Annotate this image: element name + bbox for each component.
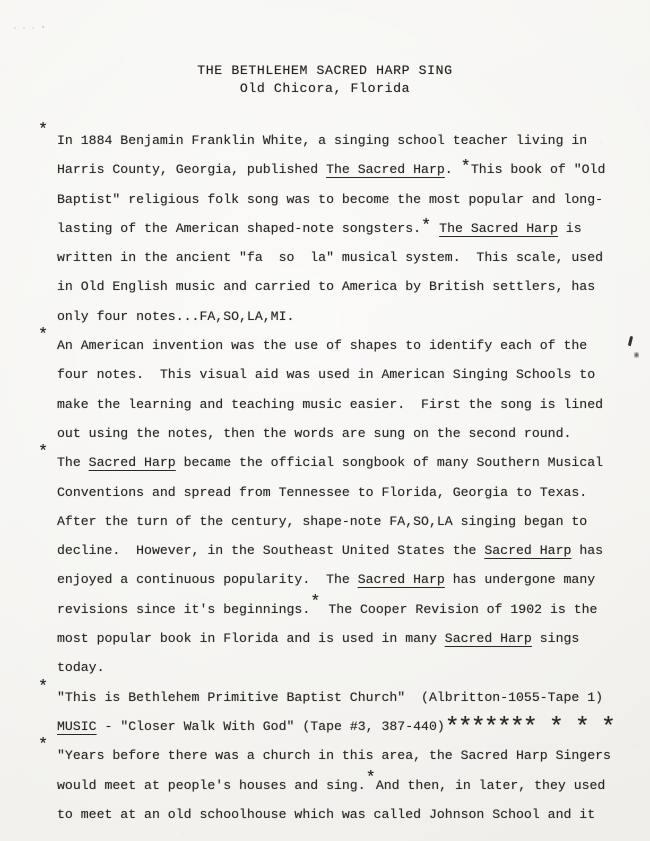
text-segment: enjoyed a continuous popularity. The [57,572,358,587]
text-line: would meet at people's houses and sing.*… [57,771,614,800]
text-line: only four notes...FA,SO,LA,MI. [57,302,614,331]
text-segment [431,221,439,236]
text-line: written in the ancient "fa so la" musica… [57,243,614,272]
asterisk-mark: * [38,683,48,693]
text-segment: is [558,221,582,236]
text-segment: Conventions and spread from Tennessee to… [57,485,587,500]
text-line: make the learning and teaching music eas… [57,390,614,419]
document-body: *In 1884 Benjamin Franklin White, a sing… [57,126,614,829]
text-segment: Harris County, Georgia, published [57,162,326,177]
text-segment: The [57,455,89,470]
asterisk-mark: * [38,448,48,458]
text-segment: to meet at an old schoolhouse which was … [57,807,595,822]
text-segment: . [445,162,461,177]
asterisk-mark: * [38,331,48,341]
text-line: Harris County, Georgia, published The Sa… [57,155,614,184]
text-line: Baptist" religious folk song was to beco… [57,185,614,214]
text-segment: lasting of the American shaped-note song… [57,221,421,236]
text-segment: only four notes...FA,SO,LA,MI. [57,309,294,324]
underlined-text: Sacred Harp [445,631,532,646]
text-segment: decline. However, in the Southeast Unite… [57,543,484,558]
text-segment: became the official songbook of many Sou… [176,455,603,470]
asterisk-mark: * [421,222,431,232]
text-segment: sings [532,631,579,646]
text-line: decline. However, in the Southeast Unite… [57,536,614,565]
text-segment: revisions since it's beginnings. [57,602,310,617]
text-line: in Old English music and carried to Amer… [57,272,614,301]
title-line-1: THE BETHLEHEM SACRED HARP SING [0,62,650,80]
text-segment: The Cooper Revision of 1902 is the [320,602,597,617]
text-line: *"This is Bethlehem Primitive Baptist Ch… [57,683,614,712]
text-segment: An American invention was the use of sha… [57,338,587,353]
asterisk-mark: * [461,163,471,173]
text-segment: has undergone many [445,572,595,587]
text-line: most popular book in Florida and is used… [57,624,614,653]
text-segment: After the turn of the century, shape-not… [57,514,587,529]
text-line: *In 1884 Benjamin Franklin White, a sing… [57,126,614,155]
asterisk-mark: * [38,741,48,751]
underlined-text: Sacred Harp [484,543,571,558]
asterisk-row: ******* * * * [445,722,614,734]
text-segment: In 1884 Benjamin Franklin White, a singi… [57,133,587,148]
text-segment: out using the notes, then the words are … [57,426,571,441]
text-line: *The Sacred Harp became the official son… [57,448,614,477]
text-line: Conventions and spread from Tennessee to… [57,478,614,507]
text-line: *"Years before there was a church in thi… [57,741,614,770]
text-line: enjoyed a continuous popularity. The Sac… [57,565,614,594]
text-segment: has [571,543,603,558]
text-line: today. [57,653,614,682]
text-segment: This book of "Old [471,162,606,177]
title-line-2: Old Chicora, Florida [0,80,650,98]
text-segment: And then, in later, they used [376,778,606,793]
asterisk-mark: * [366,774,376,784]
asterisk-mark: * [310,598,320,608]
text-line: *An American invention was the use of sh… [57,331,614,360]
ink-speck [634,352,639,358]
text-line: to meet at an old schoolhouse which was … [57,800,614,829]
text-segment: in Old English music and carried to Amer… [57,279,595,294]
asterisk-mark: * [38,126,48,136]
document-title: THE BETHLEHEM SACRED HARP SING Old Chico… [0,62,650,97]
text-segment: most popular book in Florida and is used… [57,631,445,646]
underlined-text: Sacred Harp [89,455,176,470]
text-segment: would meet at people's houses and sing. [57,778,366,793]
pencil-marks [13,26,45,30]
underlined-text: The Sacred Harp [439,221,558,236]
text-segment: written in the ancient "fa so la" musica… [57,250,603,265]
underlined-text: Sacred Harp [358,572,445,587]
ink-speck [628,336,633,346]
text-segment: Baptist" religious folk song was to beco… [57,192,603,207]
underlined-text: The Sacred Harp [326,162,445,177]
text-segment: "Years before there was a church in this… [57,748,611,763]
underlined-text: MUSIC [57,719,97,734]
text-line: lasting of the American shaped-note song… [57,214,614,243]
text-segment: - "Closer Walk With God" (Tape #3, 387-4… [97,719,445,734]
text-segment: today. [57,660,104,675]
text-line: After the turn of the century, shape-not… [57,507,614,536]
text-line: MUSIC - "Closer Walk With God" (Tape #3,… [57,712,614,741]
text-line: four notes. This visual aid was used in … [57,360,614,389]
text-segment: four notes. This visual aid was used in … [57,367,595,382]
text-line: revisions since it's beginnings.* The Co… [57,595,614,624]
text-segment: make the learning and teaching music eas… [57,397,603,412]
text-segment: "This is Bethlehem Primitive Baptist Chu… [57,690,603,705]
scanned-document-page: THE BETHLEHEM SACRED HARP SING Old Chico… [0,0,650,841]
text-line: out using the notes, then the words are … [57,419,614,448]
